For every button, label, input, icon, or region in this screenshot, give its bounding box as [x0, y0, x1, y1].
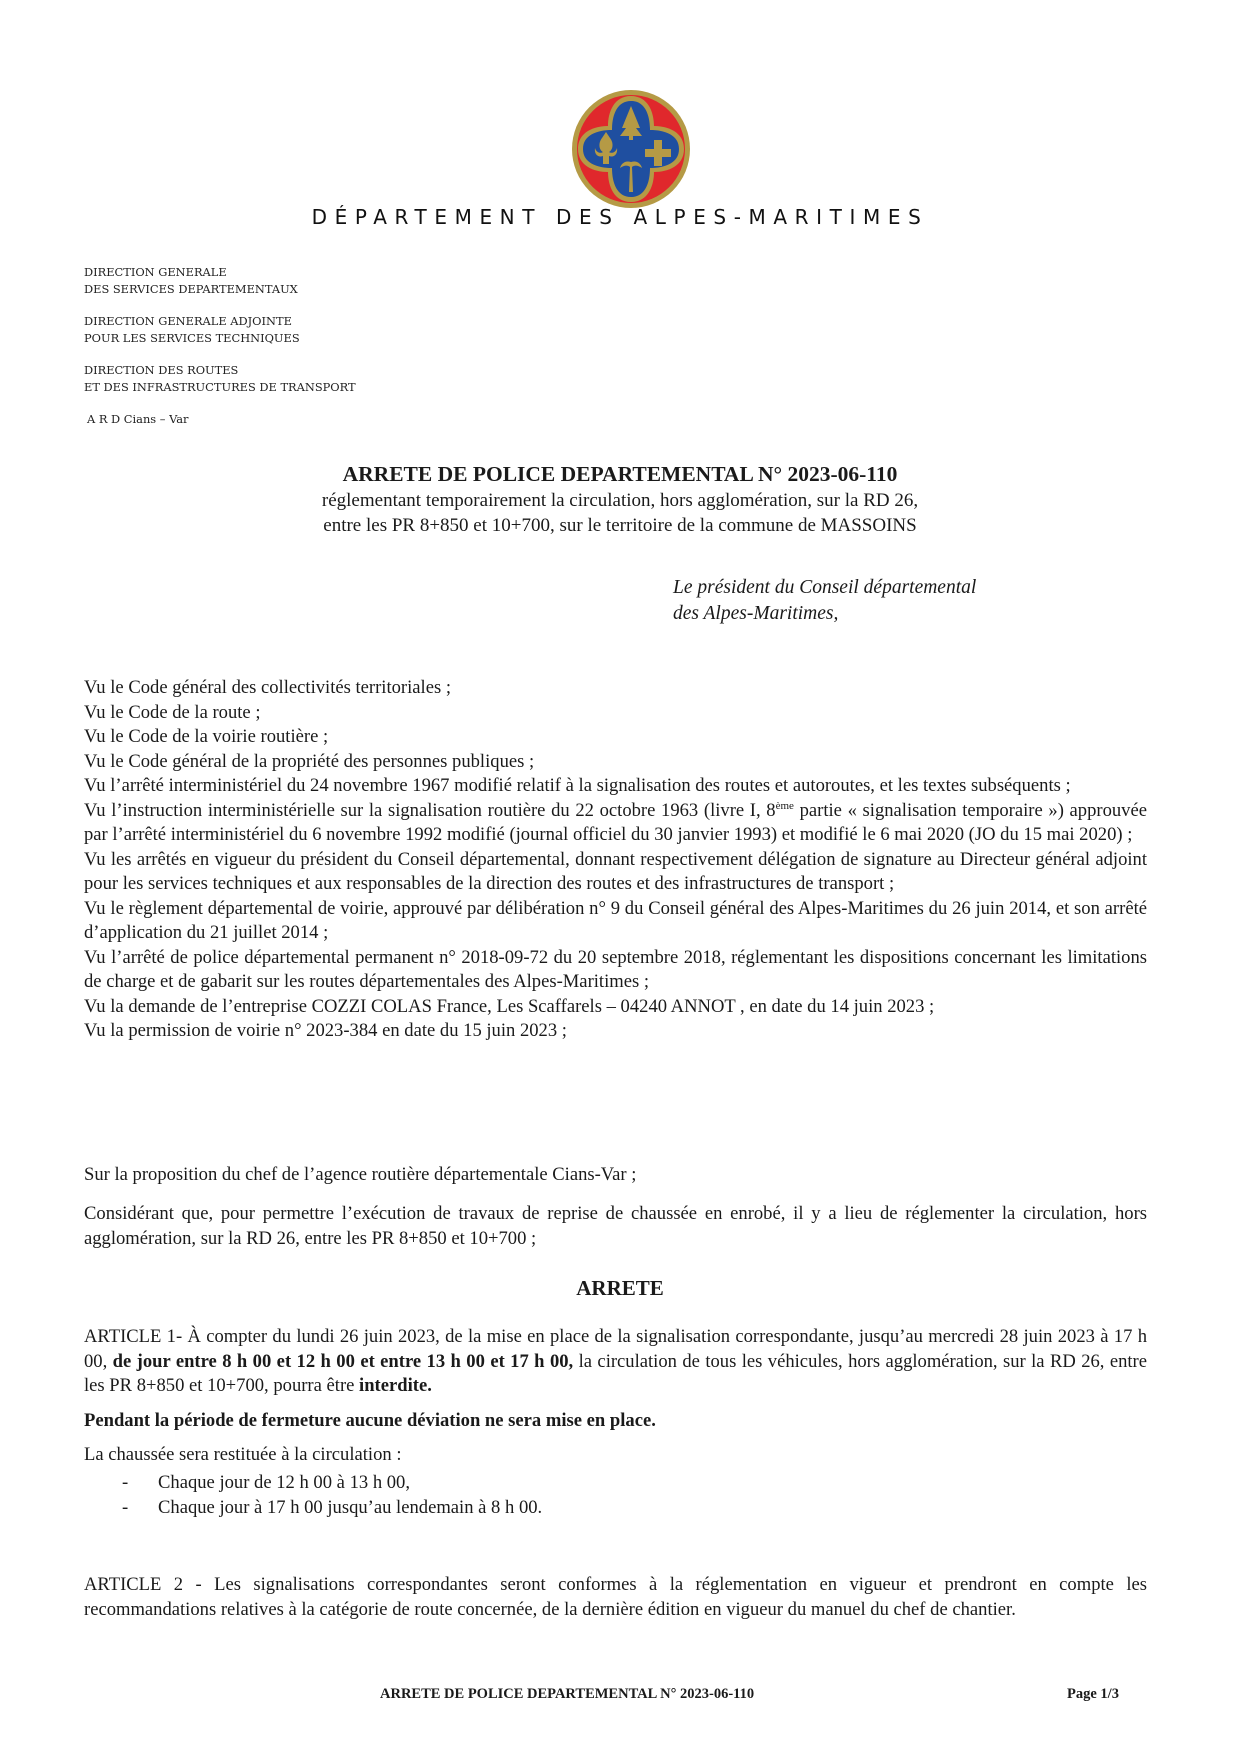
service-group: DIRECTION GENERALE ADJOINTE POUR LES SER…: [84, 313, 356, 347]
list-item-text: Chaque jour de 12 h 00 à 13 h 00,: [158, 1472, 410, 1493]
recital: Vu le Code de la route ;: [84, 701, 1147, 726]
bullet-dash: -: [122, 1495, 128, 1520]
service-group: DIRECTION DES ROUTES ET DES INFRASTRUCTU…: [84, 362, 356, 396]
service-line: DIRECTION GENERALE ADJOINTE: [84, 313, 356, 330]
signer-block: Le président du Conseil départemental de…: [673, 575, 976, 627]
list-item: -Chaque jour de 12 h 00 à 13 h 00,: [84, 1470, 1147, 1495]
recital: Vu la demande de l’entreprise COZZI COLA…: [84, 995, 1147, 1020]
recital: Vu la permission de voirie n° 2023-384 e…: [84, 1019, 1147, 1044]
service-line: DES SERVICES DEPARTEMENTAUX: [84, 281, 356, 298]
text-run-bold: de jour entre 8 h 00 et 12 h 00 et entre…: [113, 1351, 574, 1372]
service-group: DIRECTION GENERALE DES SERVICES DEPARTEM…: [84, 264, 356, 298]
recital: Vu l’arrêté de police départemental perm…: [84, 946, 1147, 995]
document-page: DÉPARTEMENT DES ALPES-MARITIMES DIRECTIO…: [0, 0, 1240, 1754]
list-item: -Chaque jour à 17 h 00 jusqu’au lendemai…: [84, 1495, 1147, 1520]
service-line: POUR LES SERVICES TECHNIQUES: [84, 330, 356, 347]
recital: Vu le Code de la voirie routière ;: [84, 725, 1147, 750]
recitals: Vu le Code général des collectivités ter…: [84, 676, 1147, 1044]
footer-title: ARRETE DE POLICE DEPARTEMENTAL N° 2023-0…: [380, 1686, 754, 1703]
decree-number: ARRETE DE POLICE DEPARTEMENTAL N° 2023-0…: [0, 460, 1240, 488]
service-ard: A R D Cians – Var: [84, 411, 356, 428]
recital: Vu le Code général des collectivités ter…: [84, 676, 1147, 701]
restitution-intro: La chaussée sera restituée à la circulat…: [84, 1443, 1147, 1468]
proposition: Sur la proposition du chef de l’agence r…: [84, 1163, 1147, 1188]
superscript: ème: [776, 799, 794, 811]
list-item-text: Chaque jour à 17 h 00 jusqu’au lendemain…: [158, 1497, 542, 1518]
coat-of-arms-icon: [570, 88, 692, 210]
recital: Vu l’instruction interministérielle sur …: [84, 799, 1147, 848]
page-number: Page 1/3: [1067, 1686, 1119, 1703]
recital: Vu l’arrêté interministériel du 24 novem…: [84, 774, 1147, 799]
signer-line: des Alpes-Maritimes,: [673, 601, 976, 627]
article-1: ARTICLE 1- À compter du lundi 26 juin 20…: [84, 1325, 1147, 1520]
deviation-notice: Pendant la période de fermeture aucune d…: [84, 1409, 1147, 1434]
recital: Vu le Code général de la propriété des p…: [84, 750, 1147, 775]
decree-title: ARRETE DE POLICE DEPARTEMENTAL N° 2023-0…: [0, 460, 1240, 538]
recital-text: Vu l’instruction interministérielle sur …: [84, 800, 776, 821]
arrete-heading: ARRETE: [0, 1276, 1240, 1301]
service-line: DIRECTION DES ROUTES: [84, 362, 356, 379]
service-line: DIRECTION GENERALE: [84, 264, 356, 281]
considerant: Considérant que, pour permettre l’exécut…: [84, 1202, 1147, 1251]
service-line: ET DES INFRASTRUCTURES DE TRANSPORT: [84, 379, 356, 396]
services-block: DIRECTION GENERALE DES SERVICES DEPARTEM…: [84, 264, 356, 428]
restitution-list: -Chaque jour de 12 h 00 à 13 h 00, -Chaq…: [84, 1470, 1147, 1520]
recital: Vu les arrêtés en vigueur du président d…: [84, 848, 1147, 897]
signer-line: Le président du Conseil départemental: [673, 575, 976, 601]
decree-subtitle-line: réglementant temporairement la circulati…: [0, 488, 1240, 513]
recital: Vu le règlement départemental de voirie,…: [84, 897, 1147, 946]
article-2: ARTICLE 2 - Les signalisations correspon…: [84, 1573, 1147, 1622]
department-title: DÉPARTEMENT DES ALPES-MARITIMES: [0, 205, 1240, 229]
bullet-dash: -: [122, 1470, 128, 1495]
article-1-text: ARTICLE 1- À compter du lundi 26 juin 20…: [84, 1325, 1147, 1399]
decree-subtitle-line: entre les PR 8+850 et 10+700, sur le ter…: [0, 513, 1240, 538]
text-run-bold: interdite.: [359, 1375, 432, 1396]
